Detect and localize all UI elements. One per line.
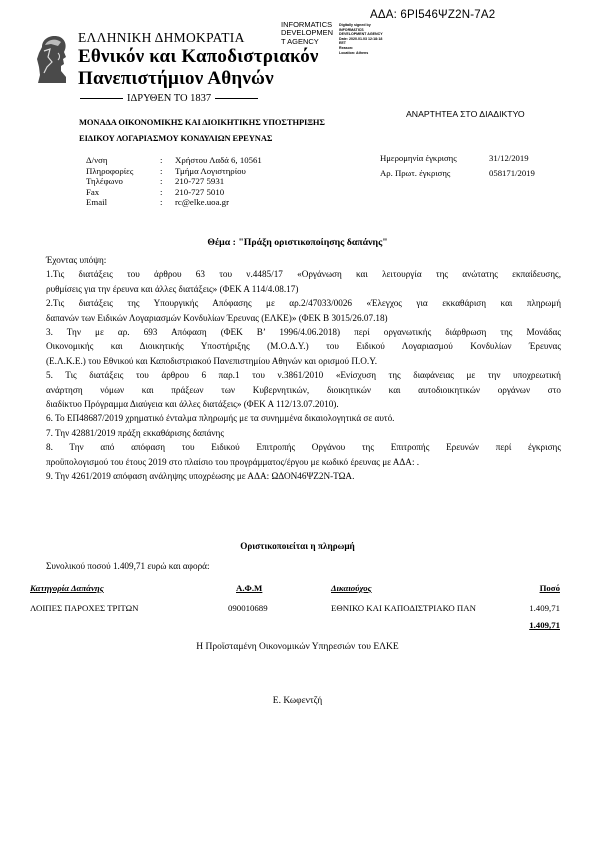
founded-text: ΙΔΡΥΘΕΝ ΤΟ 1837: [127, 93, 211, 104]
row-category: ΛΟΙΠΕΣ ΠΑΡΟΧΕΣ ΤΡΙΤΩΝ: [30, 603, 138, 613]
paragraph-9: 9. Την 4261/2019 απόφαση ανάληψης υποχρέ…: [46, 469, 561, 483]
approval-date: Ημερομηνία έγκρισης31/12/2019: [380, 151, 535, 166]
paragraph-5: 5. Τις διατάξεις του άρθρου 6 παρ.1 του …: [46, 368, 561, 382]
signature-stamp-label: INFORMATICS DEVELOPMEN T AGENCY: [281, 21, 333, 46]
approval-protocol: Αρ. Πρωτ. έγκρισης058171/2019: [380, 166, 535, 181]
row-amount: 1.409,71: [529, 603, 560, 613]
ada-code: ΑΔΑ: 6ΡΙ546ΨΖ2Ν-7Α2: [370, 9, 495, 21]
contact-email: Email:rc@elke.uoa.gr: [86, 197, 262, 208]
post-online-notice: ΑΝΑΡΤΗΤΕΑ ΣΤΟ ΔΙΑΔΙΚΤΥΟ: [406, 109, 525, 119]
approval-info: Ημερομηνία έγκρισης31/12/2019 Αρ. Πρωτ. …: [380, 151, 535, 181]
signature-stamp-details: Digitally signed by INFORMATICS DEVELOPM…: [339, 23, 383, 55]
row-afm: 090010689: [228, 603, 268, 613]
university-name-line1: Εθνικόν και Καποδιστριακόν: [78, 46, 319, 68]
contact-info-dept: Πληροφορίες:Τμήμα Λογιστηρίου: [86, 166, 262, 177]
header-afm: Α.Φ.Μ: [236, 583, 262, 593]
header-amount: Ποσό: [540, 583, 560, 593]
table-total: 1.409,71: [529, 620, 560, 630]
university-name-line2: Πανεπιστήμιον Αθηνών: [78, 68, 274, 90]
row-beneficiary: ΕΘΝΙΚΟ ΚΑΙ ΚΑΠΟΔΙΣΤΡΙΑΚΟ ΠΑΝ: [331, 603, 476, 613]
finalized-heading: Οριστικοποιείται η πληρωμή: [0, 541, 595, 551]
divider: [80, 98, 123, 99]
athena-logo-icon: [36, 33, 70, 83]
stamp-line: T AGENCY: [281, 38, 333, 46]
paragraph-2: 2.Τις διατάξεις της Υπουργικής Απόφασης …: [46, 296, 561, 310]
paragraph-7: 7. Την 42881/2019 πράξη εκκαθάρισης δαπά…: [46, 426, 561, 440]
subject-heading: Θέμα : "Πράξη οριστικοποίησης δαπάνης": [0, 237, 595, 248]
contact-fax: Fax:210-727 5010: [86, 187, 262, 198]
signer-title: Η Προϊσταμένη Οικονομικών Υπηρεσιών του …: [0, 642, 595, 652]
contact-phone: Τηλέφωνο:210-727 5931: [86, 176, 262, 187]
divider: [215, 98, 258, 99]
header-category: Κατηγορία Δαπάνης: [30, 583, 104, 593]
paragraph-6: 6. Το ΕΠ48687/2019 χρηματικό ένταλμα πλη…: [46, 411, 561, 425]
total-amount-text: Συνολικού ποσού 1.409,71 ευρώ και αφορά:: [46, 561, 210, 571]
founded-line: ΙΔΡΥΘΕΝ ΤΟ 1837: [80, 93, 258, 104]
paragraph-1: 1.Τις διατάξεις του άρθρου 63 του ν.4485…: [46, 267, 561, 281]
republic-title: ΕΛΛΗΝΙΚΗ ΔΗΜΟΚΡΑΤΙΑ: [78, 30, 245, 46]
unit-title-line2: ΕΙΔΙΚΟΥ ΛΟΓΑΡΙΑΣΜΟΥ ΚΟΝΔΥΛΙΩΝ ΕΡΕΥΝΑΣ: [79, 133, 272, 143]
signer-name: Ε. Κωφεντζή: [0, 696, 595, 706]
stamp-detail: Location: Athens: [339, 51, 383, 56]
header-beneficiary: Δικαιούχος: [331, 583, 372, 593]
considering-label: Έχοντας υπόψη:: [46, 253, 561, 267]
contact-info: Δ/νση:Χρήστου Λαδά 6, 10561 Πληροφορίες:…: [86, 155, 262, 208]
paragraph-3: 3. Την με αρ. 693 Απόφαση (ΦΕΚ Β’ 1996/4…: [46, 325, 561, 339]
contact-address: Δ/νση:Χρήστου Λαδά 6, 10561: [86, 155, 262, 166]
paragraph-8: 8. Την από απόφαση του Ειδικού Επιτροπής…: [46, 440, 561, 454]
unit-title-line1: ΜΟΝΑΔΑ ΟΙΚΟΝΟΜΙΚΗΣ ΚΑΙ ΔΙΟΙΚΗΤΙΚΗΣ ΥΠΟΣΤ…: [79, 117, 325, 127]
considerations: Έχοντας υπόψη: 1.Τις διατάξεις του άρθρο…: [46, 253, 561, 484]
